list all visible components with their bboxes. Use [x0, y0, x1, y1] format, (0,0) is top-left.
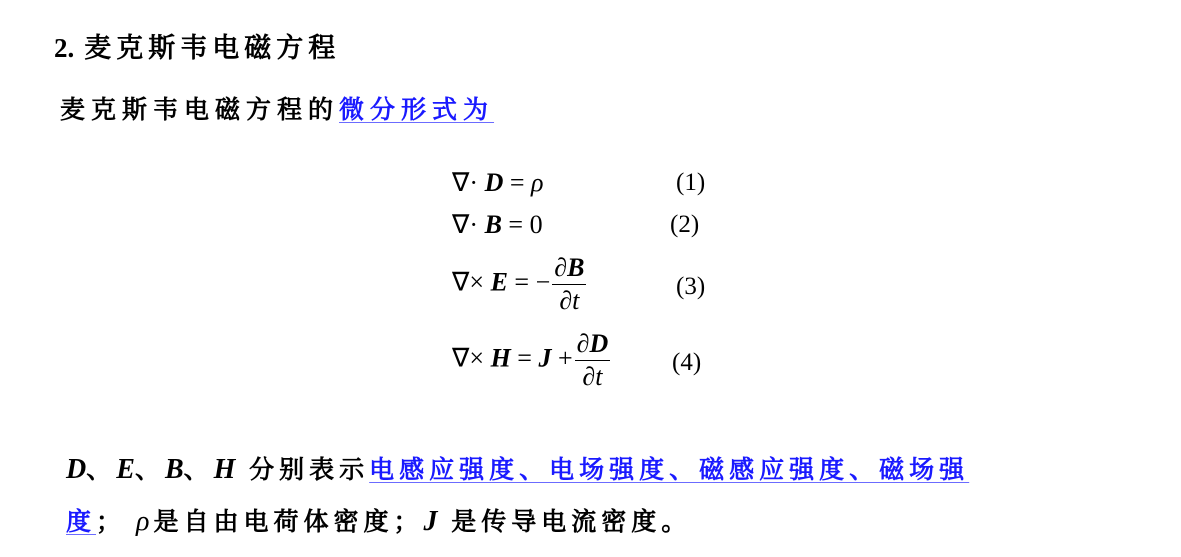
var-B: B [485, 210, 502, 239]
symbol-B: B [165, 454, 184, 485]
field-quantities-link-continued[interactable]: 度 [66, 507, 96, 536]
rho: ρ [531, 168, 543, 197]
equation-3: ∇× E = −∂B∂t [452, 254, 588, 315]
equation-2: ∇· B = 0 [452, 210, 543, 240]
symbol-H: H [214, 454, 236, 485]
rho-description: 是自由电荷体密度； [153, 507, 423, 536]
nabla-dot: ∇· [452, 210, 478, 239]
var-J: J [538, 343, 551, 372]
var-E: E [491, 267, 508, 296]
section-number: 2. [54, 33, 74, 63]
nabla-dot: ∇· [452, 168, 478, 197]
minus-sign: − [536, 267, 551, 296]
symbol-E: E [116, 454, 135, 485]
differential-form-link[interactable]: 微分形式为 [339, 95, 494, 124]
equation-4-number: (4) [672, 349, 701, 377]
section-title: 麦克斯韦电磁方程 [84, 33, 340, 64]
section-heading: 2.麦克斯韦电磁方程 [54, 26, 340, 65]
var-D: D [485, 168, 504, 197]
description-line-1: D、E、B、H 分别表示电感应强度、电场强度、磁感应强度、磁场强 [66, 450, 969, 486]
symbol-J: J [424, 506, 438, 537]
fraction-dD-dt: ∂D∂t [575, 330, 611, 391]
equation-3-number: (3) [676, 273, 705, 301]
equation-1-number: (1) [676, 169, 705, 197]
nabla-cross: ∇× [452, 267, 484, 296]
zero: 0 [530, 210, 543, 239]
var-H: H [491, 343, 511, 372]
equation-2-number: (2) [670, 211, 699, 239]
field-quantities-link[interactable]: 电感应强度、电场强度、磁感应强度、磁场强 [369, 455, 969, 484]
symbol-D: D [66, 454, 86, 485]
j-description: 是传导电流密度。 [451, 507, 691, 536]
equation-4: ∇× H = J +∂D∂t [452, 330, 612, 391]
description-line-2: 度；ρ是自由电荷体密度；J 是传导电流密度。 [66, 502, 691, 538]
fraction-dB-dt: ∂B∂t [552, 254, 586, 315]
nabla-cross: ∇× [452, 343, 484, 372]
verb-text: 分别表示 [249, 455, 369, 484]
symbol-rho: ρ [136, 506, 149, 537]
equation-1: ∇· D = ρ [452, 168, 544, 198]
plus-sign: + [558, 343, 573, 372]
intro-line: 麦克斯韦电磁方程的微分形式为 [60, 90, 494, 126]
intro-prefix: 麦克斯韦电磁方程的 [60, 95, 339, 124]
